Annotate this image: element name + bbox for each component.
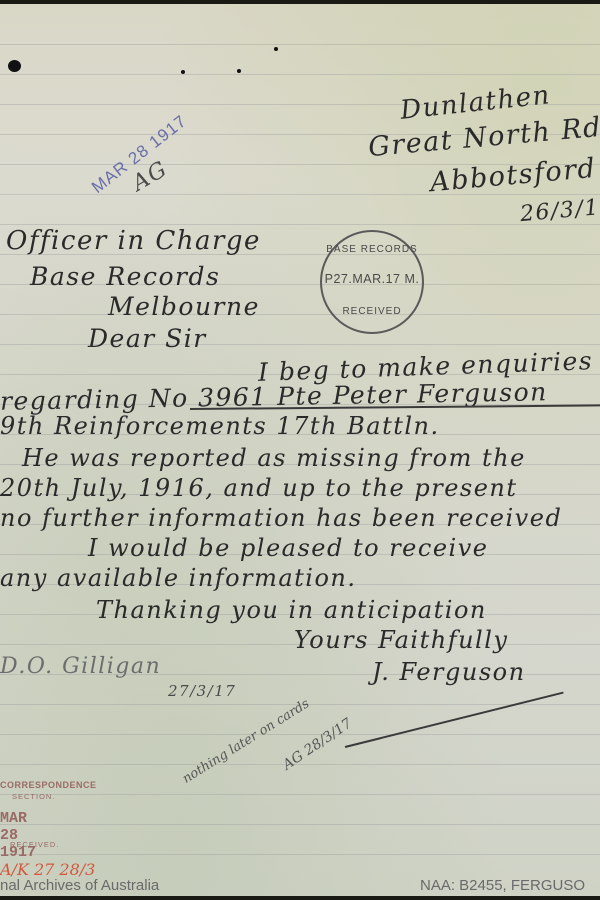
signature-flourish bbox=[345, 692, 564, 748]
pencil-name: D.O. Gilligan bbox=[0, 654, 161, 679]
ruled-line bbox=[0, 314, 600, 315]
base-records-received-stamp: BASE RECORDS P27.MAR.17 M. RECEIVED bbox=[320, 230, 424, 334]
letter-page: Dunlathen Great North Rd Abbotsford 26/3… bbox=[0, 4, 600, 896]
body-line-2: regarding No 3961 Pte Peter Ferguson bbox=[0, 377, 548, 416]
ruled-line bbox=[0, 854, 600, 855]
archive-caption-left: nal Archives of Australia bbox=[0, 877, 159, 894]
recipient-line-2: Base Records bbox=[30, 262, 220, 291]
stamp-bottom-text: RECEIVED bbox=[322, 306, 422, 317]
body-line-5: 20th July, 1916, and up to the present bbox=[0, 474, 518, 502]
stamp-top-text: BASE RECORDS bbox=[322, 244, 422, 255]
body-line-4: He was reported as missing from the bbox=[22, 444, 526, 472]
ruled-line bbox=[0, 44, 600, 45]
ink-speck bbox=[274, 47, 278, 51]
signature: J. Ferguson bbox=[372, 658, 526, 686]
ruled-line bbox=[0, 224, 600, 225]
ruled-line bbox=[0, 824, 600, 825]
corr-stamp-line-4: RECEIVED. bbox=[10, 840, 59, 849]
punch-hole bbox=[8, 60, 21, 72]
recipient-line-3: Melbourne bbox=[108, 292, 260, 321]
corr-stamp-date: MAR 28 1917 bbox=[0, 810, 36, 861]
ink-speck bbox=[181, 70, 185, 74]
letter-date: 26/3/17 bbox=[519, 194, 600, 227]
recipient-line-1: Officer in Charge bbox=[6, 226, 261, 256]
ruled-line bbox=[0, 194, 600, 195]
archive-caption-right: NAA: B2455, FERGUSO bbox=[420, 877, 585, 894]
closing: Yours Faithfully bbox=[294, 626, 508, 654]
address-line-3: Abbotsford bbox=[429, 153, 598, 198]
ink-speck bbox=[237, 69, 241, 73]
salutation: Dear Sir bbox=[88, 324, 207, 353]
corr-stamp-line-1: CORRESPONDENCE bbox=[0, 780, 97, 790]
body-line-8: any available information. bbox=[0, 564, 357, 592]
body-line-9: Thanking you in anticipation bbox=[96, 596, 487, 624]
pencil-date: 27/3/17 bbox=[168, 682, 236, 700]
ruled-line bbox=[0, 734, 600, 735]
body-line-3: 9th Reinforcements 17th Battln. bbox=[0, 412, 440, 440]
stamp-date-text: P27.MAR.17 M. bbox=[322, 272, 422, 286]
corr-stamp-line-2: SECTION. bbox=[12, 792, 55, 801]
body-line-7: I would be pleased to receive bbox=[88, 534, 488, 562]
body-line-6: no further information has been received bbox=[0, 504, 562, 532]
ruled-line bbox=[0, 794, 600, 795]
ruled-line bbox=[0, 74, 600, 75]
pencil-note: nothing later on cards bbox=[180, 696, 312, 786]
